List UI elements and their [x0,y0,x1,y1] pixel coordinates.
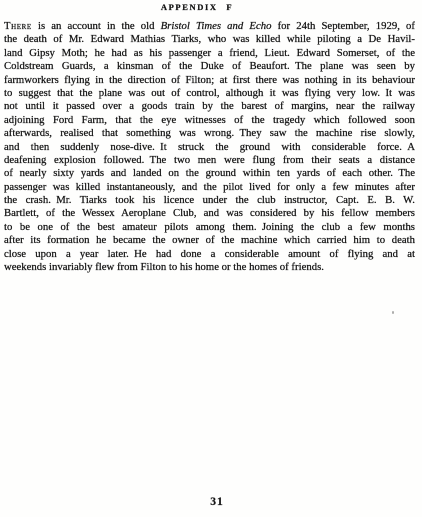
text-segment: not until it passed over a goods train b… [4,100,415,112]
text-line: afterwards, realised that something was … [4,127,415,140]
text-segment-smallcaps: There [4,20,32,32]
text-segment: is an account in the old [32,20,161,32]
text-segment: to be one of the best amateur pilots amo… [4,221,415,233]
book-page: APPENDIX F There is an account in the ol… [0,0,422,517]
text-line: adjoining Ford Farm, that the eye witnes… [4,114,415,127]
text-segment: to suggest that the plane was out of con… [4,87,415,99]
text-segment: Bartlett, of the Wessex Aeroplane Club, … [4,207,415,219]
text-line: to suggest that the plane was out of con… [4,87,415,100]
text-segment: farmworkers flying in the direction of F… [4,74,415,86]
text-segment: Coldstream Guards, a kinsman of the Duke… [4,60,415,72]
text-line: to be one of the best amateur pilots amo… [4,221,415,234]
text-segment: afterwards, realised that something was … [4,127,415,139]
text-line: farmworkers flying in the direction of F… [4,74,415,87]
text-segment: land Gipsy Moth; he had as his passenger… [4,47,415,59]
text-line: of nearly sixty yards and landed on the … [4,167,415,180]
text-segment: passenger was killed instantaneously, an… [4,181,415,193]
text-line: There is an account in the old Bristol T… [4,20,415,33]
text-segment: close upon a year later. He had done a c… [4,248,415,260]
page-number: 31 [12,496,422,508]
text-line: the death of Mr. Edward Mathias Tiarks, … [4,33,415,46]
running-head: APPENDIX F [0,2,394,12]
text-line: deafening explosion followed. The two me… [4,154,415,167]
text-segment: weekends invariably flew from Filton to … [4,261,324,273]
text-line: not until it passed over a goods train b… [4,100,415,113]
text-segment: the crash. Mr. Tiarks took his licence u… [4,194,415,206]
text-line: after its formation he became the owner … [4,234,415,247]
text-segment: of nearly sixty yards and landed on the … [4,167,415,179]
text-line: and then suddenly nose-dive. It struck t… [4,141,415,154]
text-segment: deafening explosion followed. The two me… [4,154,415,166]
text-line: land Gipsy Moth; he had as his passenger… [4,47,415,60]
text-line: the crash. Mr. Tiarks took his licence u… [4,194,415,207]
scan-speck [392,311,394,314]
text-segment: adjoining Ford Farm, that the eye witnes… [4,114,415,126]
text-segment-italic: Bristol Times and Echo [161,20,272,32]
text-line: Bartlett, of the Wessex Aeroplane Club, … [4,207,415,220]
text-line: close upon a year later. He had done a c… [4,248,415,261]
text-segment: the death of Mr. Edward Mathias Tiarks, … [4,33,415,45]
text-line: weekends invariably flew from Filton to … [4,261,415,274]
text-segment: and then suddenly nose-dive. It struck t… [4,141,415,153]
body-paragraph: There is an account in the old Bristol T… [4,20,415,274]
text-segment: for 24th September, 1929, of [271,20,415,32]
text-segment: after its formation he became the owner … [4,234,415,246]
text-line: Coldstream Guards, a kinsman of the Duke… [4,60,415,73]
text-line: passenger was killed instantaneously, an… [4,181,415,194]
